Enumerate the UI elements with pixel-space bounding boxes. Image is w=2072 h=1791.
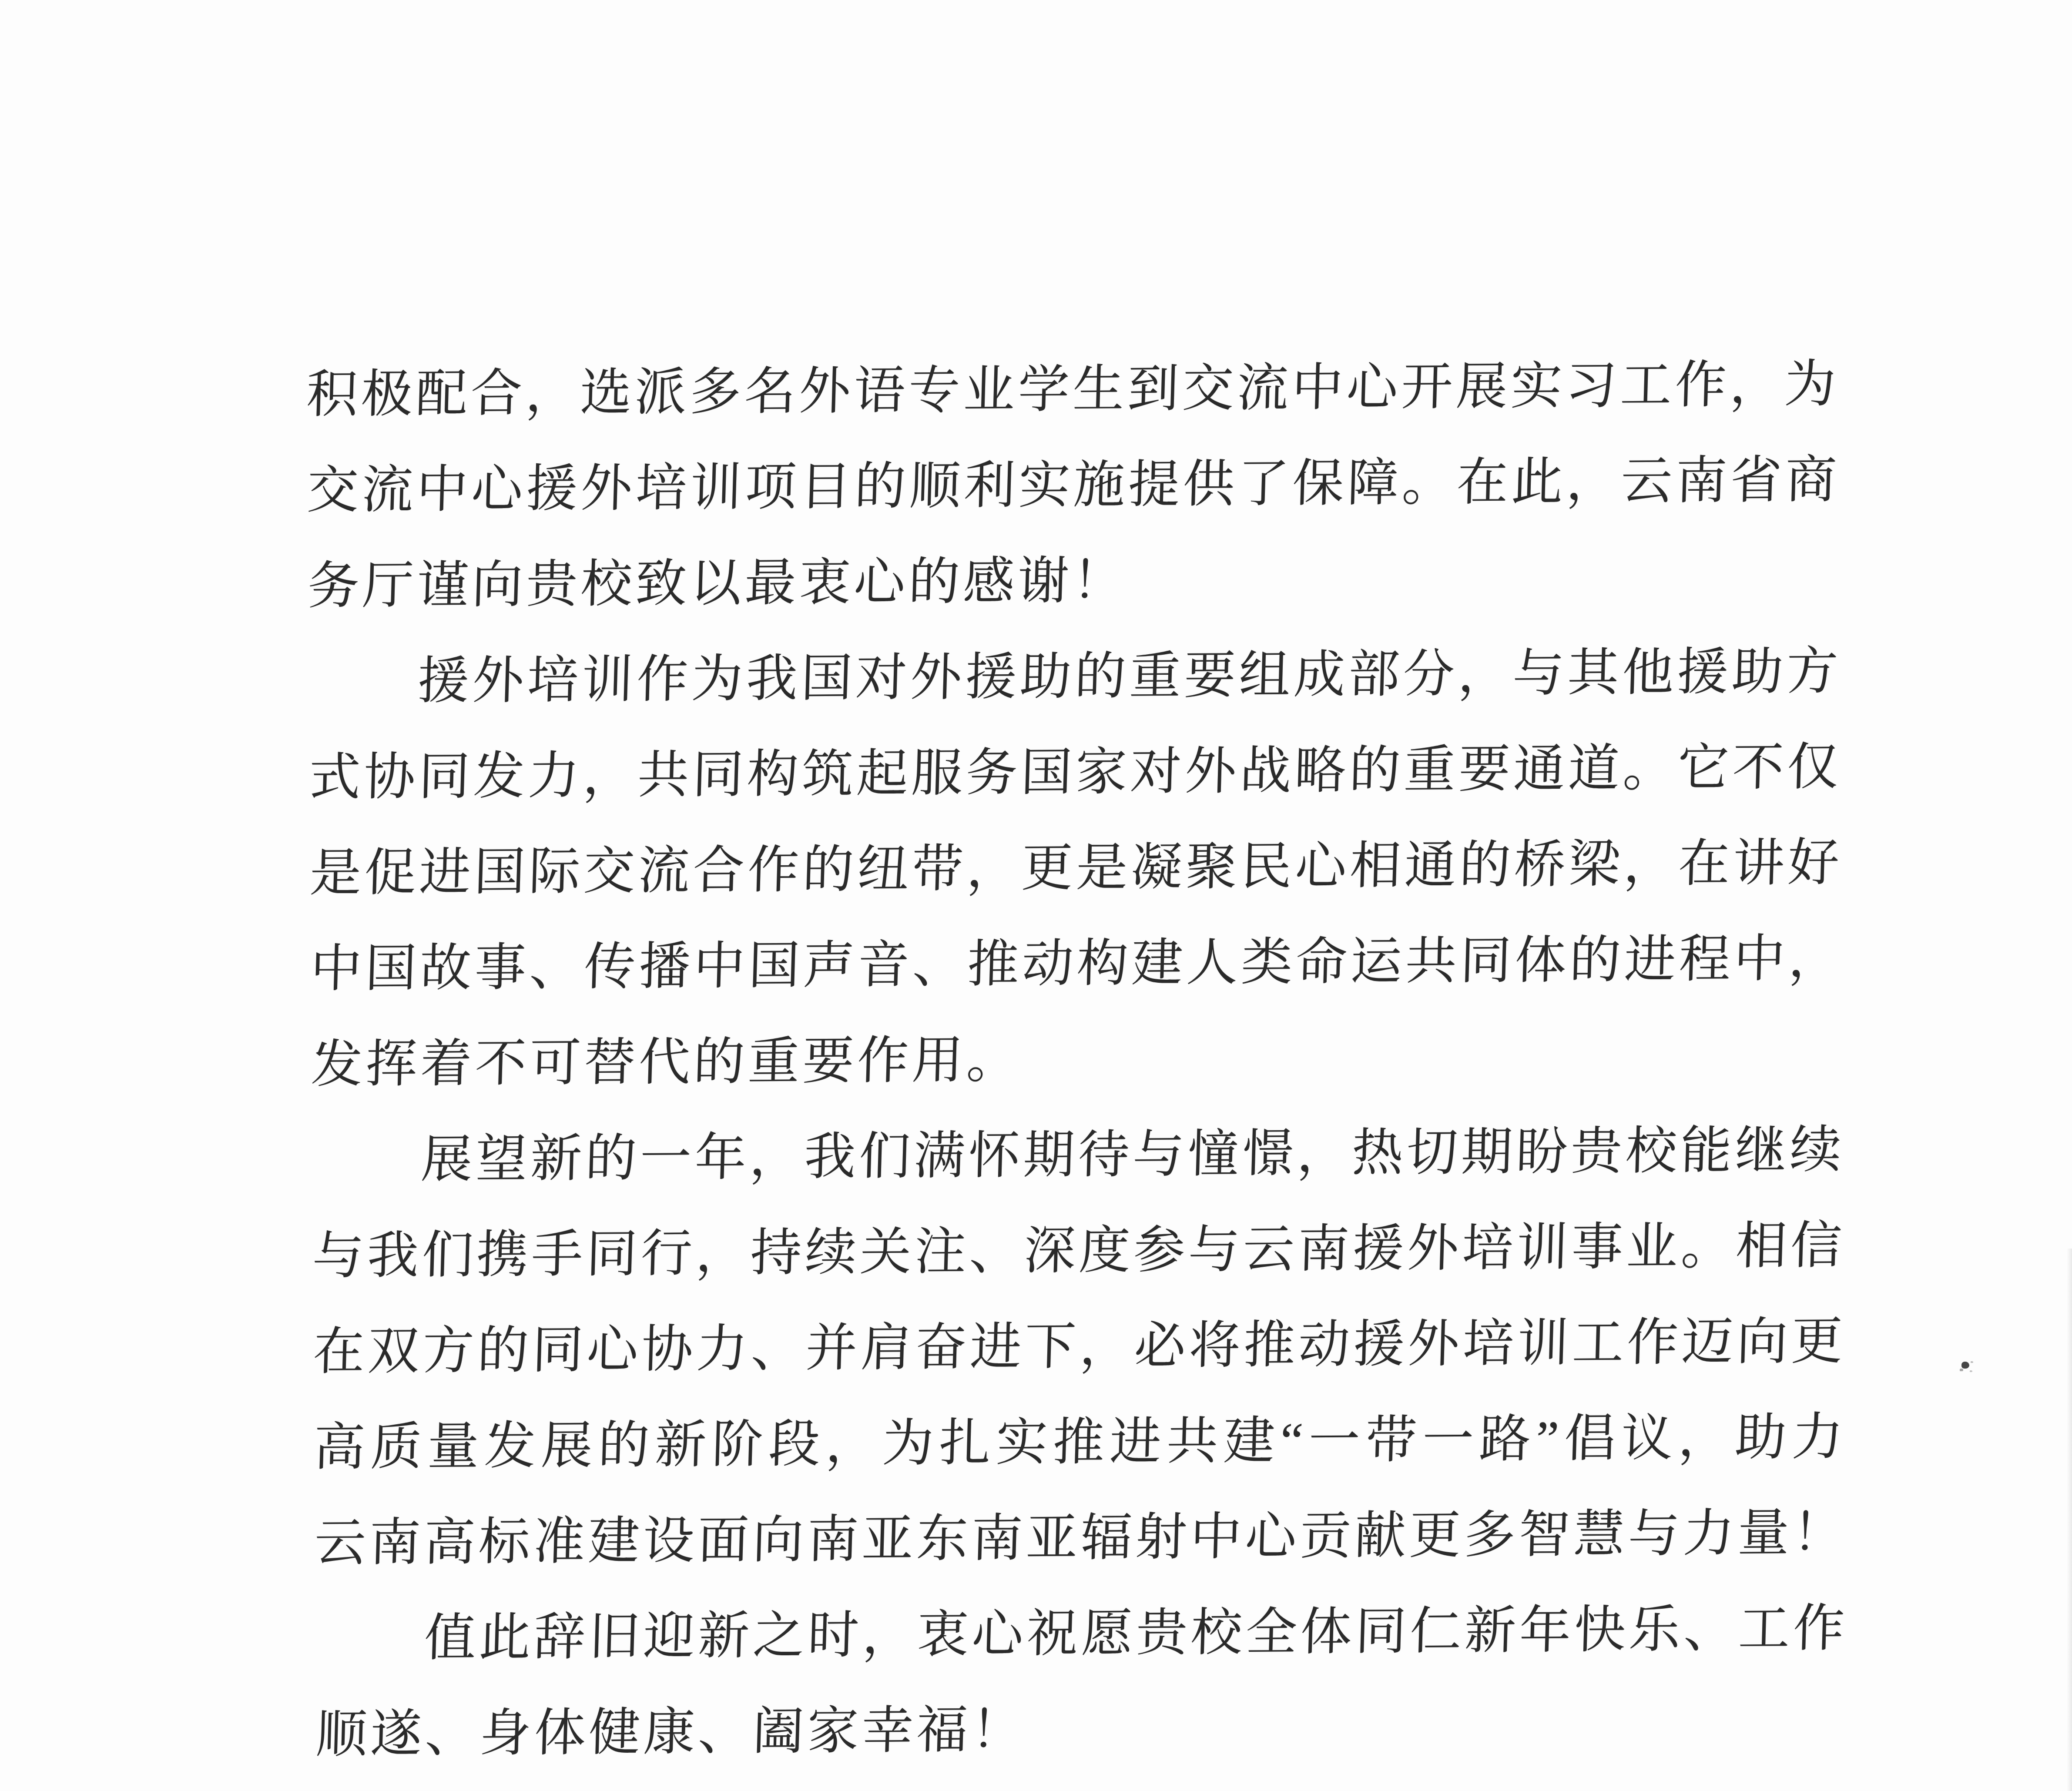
text-line: 交流中心援外培训项目的顺利实施提供了保障。在此，云南省商 (306, 432, 1838, 539)
text-line: 援外培训作为我国对外援助的重要组成部分，与其他援助方 (307, 624, 1839, 730)
text-line: 是促进国际交流合作的纽带，更是凝聚民心相通的桥梁，在讲好 (308, 815, 1841, 922)
text-line: 云南高标准建设面向南亚东南亚辐射中心贡献更多智慧与力量！ (313, 1485, 1845, 1592)
text-line: 在双方的同心协力、并肩奋进下，必将推动援外培训工作迈向更 (312, 1294, 1844, 1400)
text-line: 中国故事、传播中国声音、推动构建人类命运共同体的进程中， (309, 911, 1841, 1018)
ink-speck (1961, 1362, 1969, 1369)
letter-body: 积极配合，选派多名外语专业学生到交流中心开展实习工作，为 交流中心援外培训项目的… (306, 337, 1846, 1783)
scan-edge-shadow (2067, 1249, 2072, 1791)
text-line: 积极配合，选派多名外语专业学生到交流中心开展实习工作，为 (305, 337, 1837, 443)
text-line: 顺遂、身体健康、阖家幸福！ (315, 1677, 1847, 1783)
scanned-letter-page: 积极配合，选派多名外语专业学生到交流中心开展实习工作，为 交流中心援外培训项目的… (0, 0, 2072, 1791)
text-line: 展望新的一年，我们满怀期待与憧憬，热切期盼贵校能继续 (311, 1102, 1843, 1209)
text-line: 高质量发展的新阶段，为扎实推进共建“一带一路”倡议，助力 (312, 1389, 1844, 1496)
text-line: 值此辞旧迎新之时，衷心祝愿贵校全体同仁新年快乐、工作 (314, 1581, 1846, 1687)
text-line: 发挥着不可替代的重要作用。 (310, 1007, 1842, 1113)
text-line: 式协同发力，共同构筑起服务国家对外战略的重要通道。它不仅 (308, 720, 1840, 826)
text-line: 务厅谨向贵校致以最衷心的感谢！ (306, 528, 1838, 635)
text-line: 与我们携手同行，持续关注、深度参与云南援外培训事业。相信 (311, 1198, 1843, 1305)
